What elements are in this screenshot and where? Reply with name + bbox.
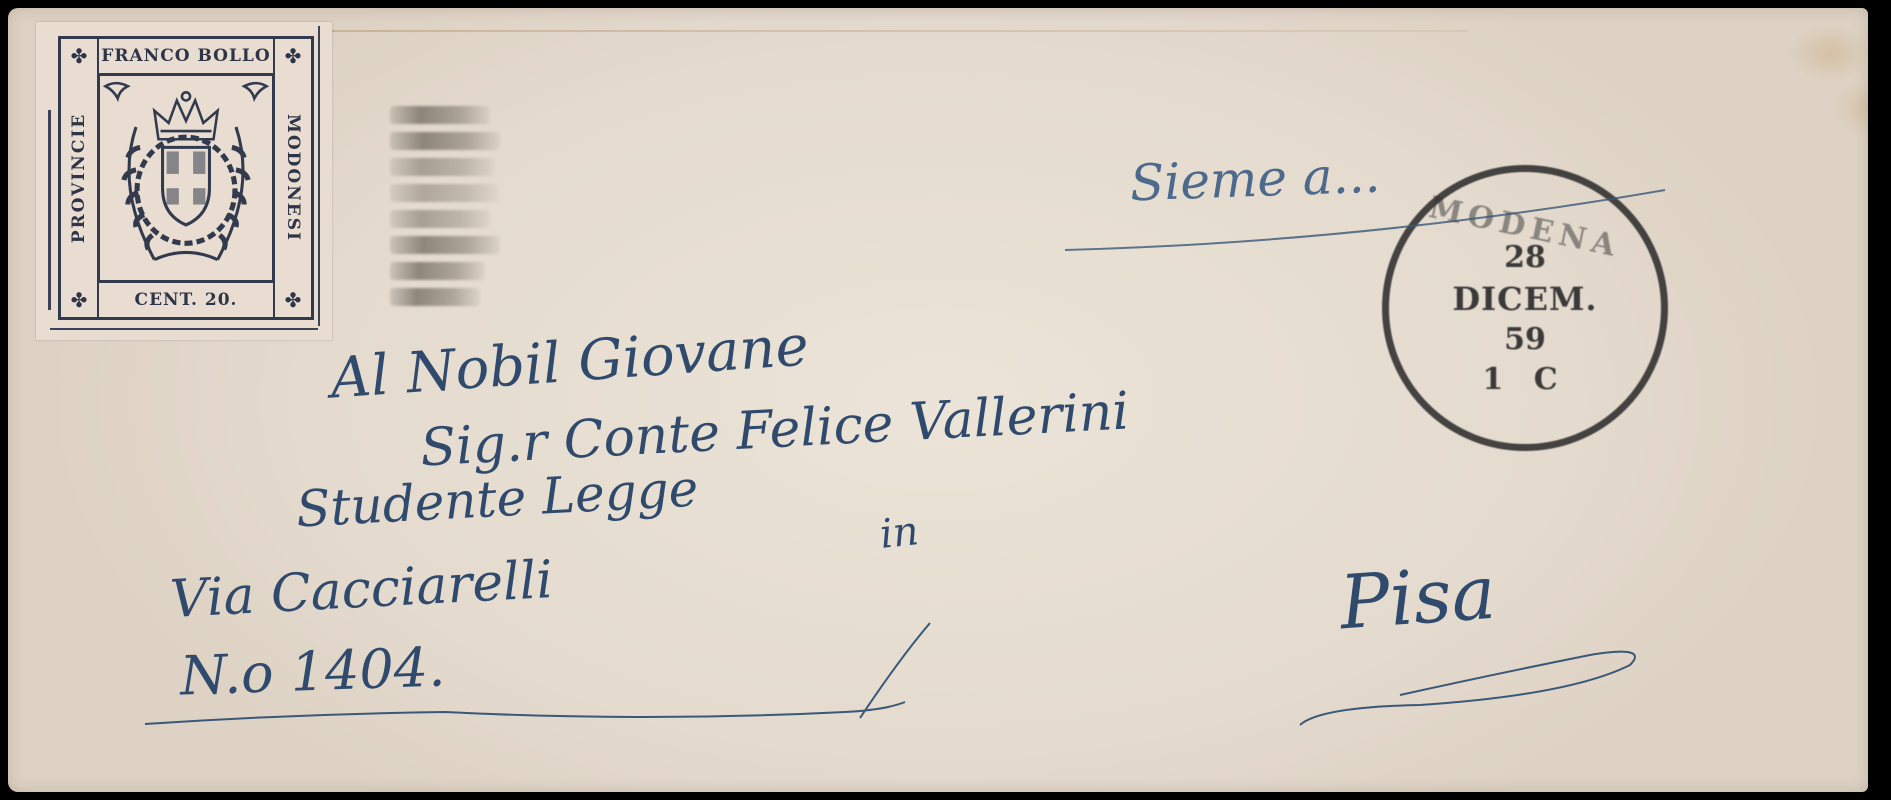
cancel-bar [390,236,500,254]
stamp-top-band: FRANCO BOLLO [97,39,275,76]
stamp-margin-line [50,328,318,330]
stamp-top-text: FRANCO BOLLO [101,46,270,66]
corner-ornament-icon: ✤ [275,283,311,317]
cancel-bar [390,288,480,306]
stamp-left-band: PROVINCIE [61,76,100,280]
postage-stamp: ✤ ✤ ✤ ✤ FRANCO BOLLO CENT. 20. PROVINCIE… [36,22,332,340]
stamp-left-text: PROVINCIE [69,113,89,244]
cancel-bar [390,262,485,280]
stamp-emblem [99,76,273,280]
cancel-bar [390,106,490,124]
coat-of-arms-icon [99,76,273,280]
stamp-bottom-band: CENT. 20. [97,280,275,317]
cancel-bar [390,132,500,150]
corner-ornament-icon: ✤ [275,39,311,73]
stamp-margin-line [318,26,320,326]
corner-note: Sieme a... [1129,146,1381,213]
destination-city: Pisa [1337,550,1498,647]
stamp-margin-line [48,110,51,310]
postmark-year: 59 [1389,322,1661,357]
grid-cancellation [380,100,510,320]
stamp-value-text: CENT. 20. [135,290,238,310]
cancel-bar [390,210,490,228]
stamp-right-band: MODONESI [272,76,311,280]
corner-ornament-icon: ✤ [61,283,97,317]
cancel-bar [390,158,495,176]
stamp-right-text: MODONESI [283,114,303,242]
postmark-day: 28 [1389,240,1661,275]
address-line-in: in [878,508,921,558]
postmark-hour: 1 C [1389,362,1661,397]
corner-ornament-icon: ✤ [61,39,97,73]
cancel-bar [390,184,498,202]
stamp-frame: ✤ ✤ ✤ ✤ FRANCO BOLLO CENT. 20. PROVINCIE… [58,36,314,320]
circular-datestamp: MODENA 28 DICEM. 59 1 C [1382,165,1668,451]
address-line-5: N.o 1404. [179,635,446,707]
postmark-month: DICEM. [1389,280,1661,318]
